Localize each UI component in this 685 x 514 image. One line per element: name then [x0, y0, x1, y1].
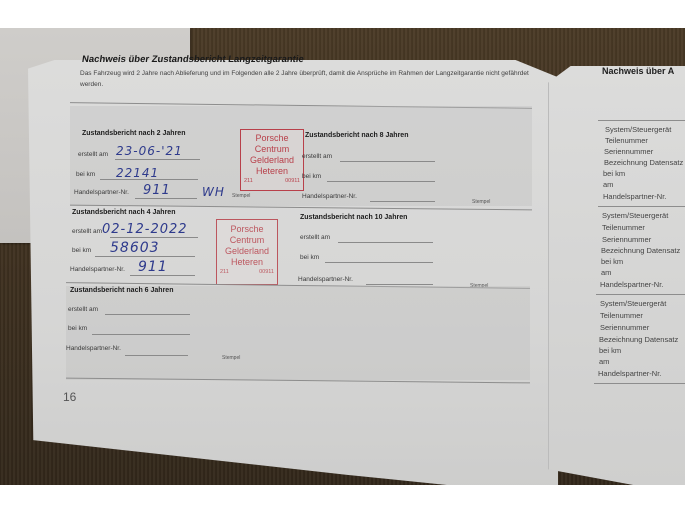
right-divider [598, 120, 685, 121]
right-field-label: am [601, 268, 611, 277]
right-field-label: Handelspartner-Nr. [600, 280, 663, 289]
label-bei-km: bei km [302, 173, 321, 180]
label-handelspartner: Handelspartner-Nr. [302, 193, 357, 200]
right-divider [594, 383, 685, 384]
partner-line [370, 201, 435, 202]
right-divider [598, 206, 685, 207]
handwritten-km-4-years: 58603 [110, 240, 160, 256]
partner-line [366, 284, 433, 285]
date-line [115, 159, 200, 160]
right-field-label: bei km [599, 346, 621, 355]
label-erstellt-am: erstellt am [78, 151, 108, 158]
section-title-8-years: Zustandsbericht nach 8 Jahren [305, 132, 408, 139]
handwritten-partner-2-years: 911 [143, 183, 171, 198]
right-field-label: am [599, 357, 609, 366]
section-title-4-years: Zustandsbericht nach 4 Jahren [72, 209, 175, 216]
km-line [92, 334, 190, 335]
stamp-line: Heteren [217, 257, 277, 268]
handwritten-date-2-years: 23-06-'21 [116, 144, 183, 158]
stamp-line: Gelderland [241, 155, 303, 166]
label-bei-km: bei km [68, 325, 87, 332]
right-page-title: Nachweis über A [602, 66, 674, 76]
stamp-line: Centrum [217, 235, 277, 246]
label-handelspartner: Handelspartner-Nr. [298, 276, 353, 283]
right-field-label: bei km [603, 169, 625, 178]
stamp-number-right: 00911 [259, 268, 274, 276]
partner-line [130, 275, 195, 276]
stamp-number-right: 00911 [285, 177, 300, 185]
date-line [340, 161, 435, 162]
label-handelspartner: Handelspartner-Nr. [74, 189, 129, 196]
km-line [95, 256, 195, 257]
right-field-label: Teilenummer [605, 136, 648, 145]
date-line [105, 314, 190, 315]
handwritten-km-2-years: 22141 [116, 166, 159, 180]
date-line [338, 242, 433, 243]
handwritten-date-4-years: 02-12-2022 [102, 222, 188, 237]
section-title-2-years: Zustandsbericht nach 2 Jahren [82, 130, 185, 137]
km-line [327, 181, 435, 182]
partner-line [135, 198, 197, 199]
right-field-label: Teilenummer [600, 311, 643, 320]
km-line [325, 262, 433, 263]
label-handelspartner: Handelspartner-Nr. [70, 266, 125, 273]
handwritten-partner-4-years: 911 [138, 259, 168, 275]
right-field-label: Bezeichnung Datensatz [599, 335, 678, 344]
right-field-label: am [603, 180, 613, 189]
label-bei-km: bei km [300, 254, 319, 261]
right-field-label: Handelspartner-Nr. [598, 369, 661, 378]
label-erstellt-am: erstellt am [300, 234, 330, 241]
partner-line [125, 355, 188, 356]
label-erstellt-am: erstellt am [72, 228, 102, 235]
right-field-label: Bezeichnung Datensatz [601, 246, 680, 255]
dealer-stamp: Porsche Centrum Gelderland Heteren 21100… [216, 219, 278, 285]
label-bei-km: bei km [72, 247, 91, 254]
right-field-label: Seriennummer [602, 235, 651, 244]
stamp-number-left: 211 [220, 268, 229, 276]
label-erstellt-am: erstellt am [68, 306, 98, 313]
stamp-line: Centrum [241, 144, 303, 155]
section-title-10-years: Zustandsbericht nach 10 Jahren [300, 214, 407, 221]
stamp-line: Heteren [241, 166, 303, 177]
right-field-label: System/Steuergerät [605, 125, 671, 134]
handwritten-initials: WH [202, 185, 225, 199]
stamp-line: Gelderland [217, 246, 277, 257]
label-bei-km: bei km [76, 171, 95, 178]
stamp-line: Porsche [217, 224, 277, 235]
stamp-number-left: 211 [244, 177, 253, 185]
right-field-label: Seriennummer [600, 323, 649, 332]
right-field-label: bei km [601, 257, 623, 266]
date-line [110, 237, 198, 238]
label-erstellt-am: erstellt am [302, 153, 332, 160]
page-title: Nachweis über Zustandsbericht Langzeitga… [81, 54, 304, 65]
dealer-stamp: Porsche Centrum Gelderland Heteren 21100… [240, 129, 304, 191]
right-field-label: Teilenummer [602, 223, 645, 232]
right-field-label: System/Steuergerät [602, 211, 668, 220]
right-divider [596, 294, 685, 295]
page-subtitle: Das Fahrzeug wird 2 Jahre nach Ablieferu… [80, 68, 535, 90]
stempel-label: Stempel [222, 355, 240, 361]
label-handelspartner: Handelspartner-Nr. [66, 345, 121, 352]
section-block-bottom [66, 286, 530, 380]
page-number: 16 [63, 390, 76, 404]
section-title-6-years: Zustandsbericht nach 6 Jahren [70, 287, 173, 294]
right-field-label: System/Steuergerät [600, 299, 666, 308]
right-field-label: Handelspartner-Nr. [603, 192, 666, 201]
right-field-label: Bezeichnung Datensatz [604, 158, 683, 167]
stempel-label: Stempel [472, 199, 490, 205]
stamp-line: Porsche [241, 133, 303, 144]
right-field-label: Seriennummer [604, 147, 653, 156]
stempel-label: Stempel [232, 193, 250, 199]
